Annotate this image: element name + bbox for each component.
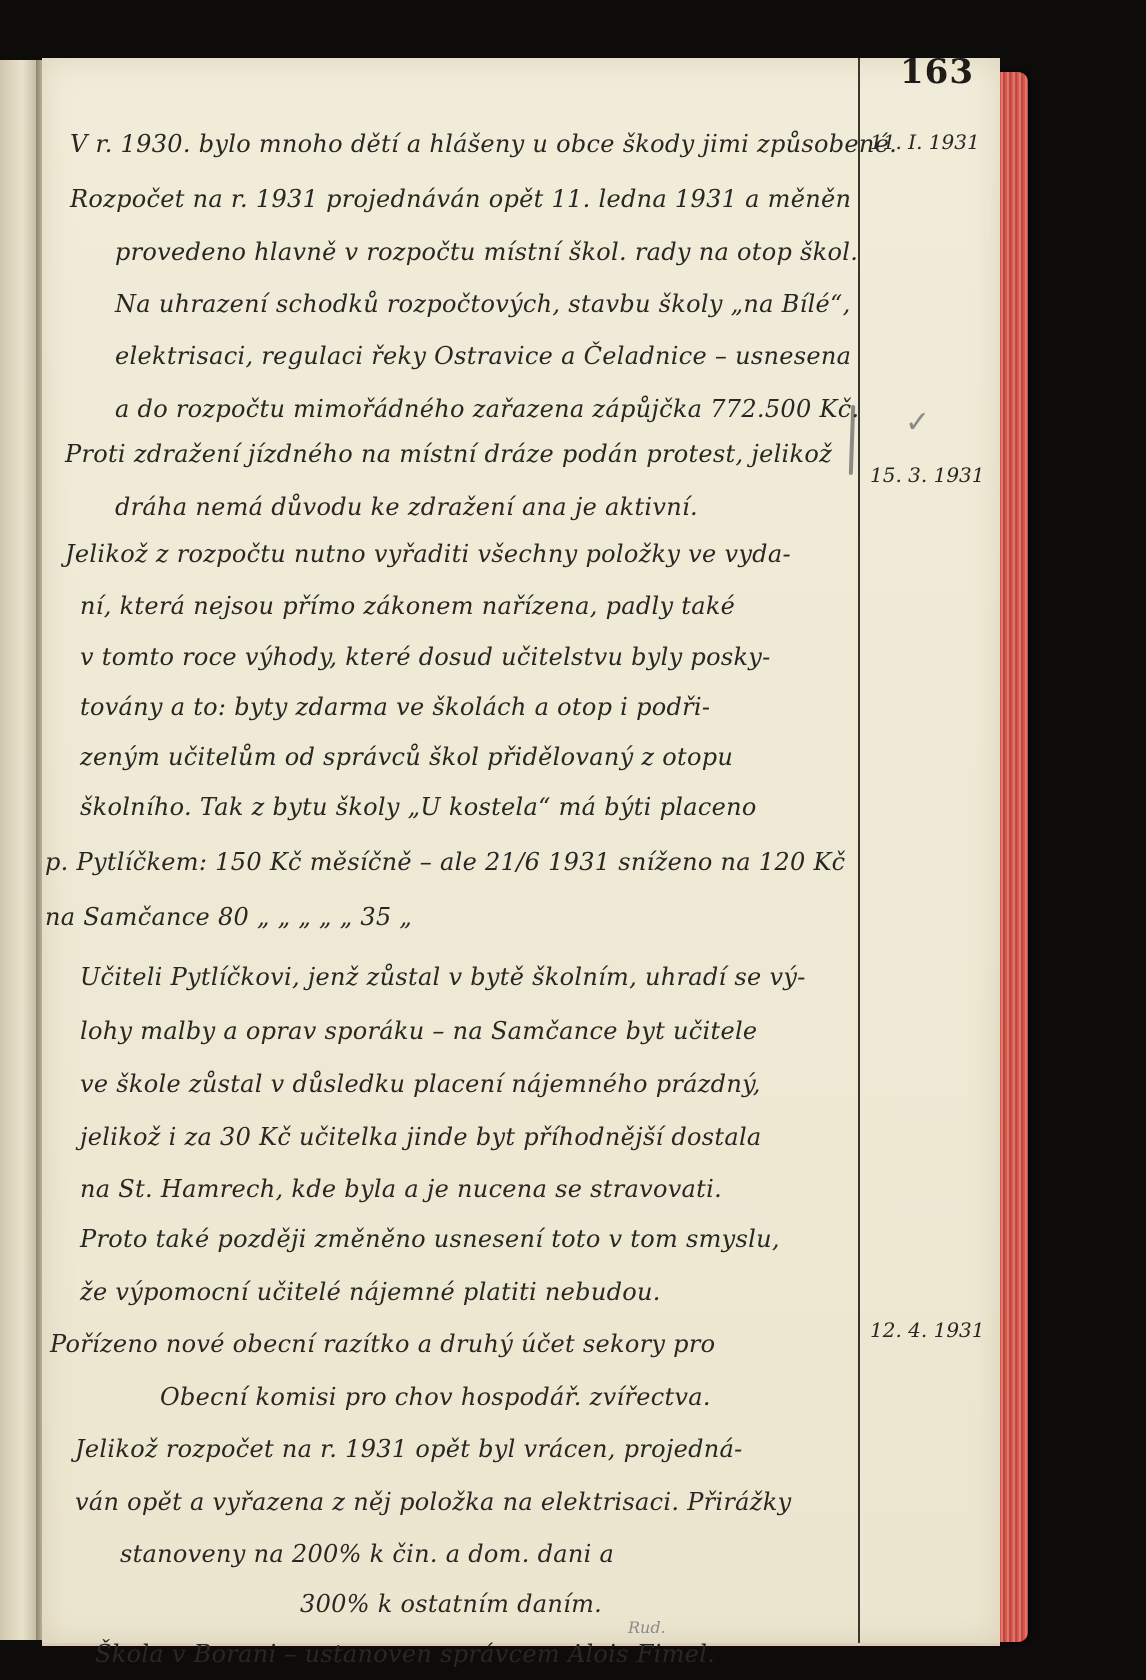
text-line: továny a to: byty zdarma ve školách a ot… [80,693,710,721]
text-line: Obecní komisi pro chov hospodář. zvířect… [160,1383,711,1411]
text-line: jelikož i za 30 Kč učitelka jinde byt př… [80,1123,762,1151]
text-line: ván opět a vyřazena z něj položka na ele… [75,1488,791,1516]
page-number: 163 [900,52,974,92]
text-line: na Samčance 80 „ „ „ „ „ 35 „ [45,903,412,931]
text-line: Proto také později změněno usnesení toto… [80,1225,780,1253]
text-line: že výpomocní učitelé nájemné platiti neb… [80,1278,661,1306]
text-line: Jelikož z rozpočtu nutno vyřaditi všechn… [65,540,791,568]
pencil-annotation: Rud. [628,1618,666,1637]
text-line: ve škole zůstal v důsledku placení nájem… [80,1070,761,1098]
text-line: Učiteli Pytlíčkovi, jenž zůstal v bytě š… [80,963,806,991]
text-line: V r. 1930. bylo mnoho dětí a hlášeny u o… [70,130,897,158]
text-line: stanoveny na 200% k čin. a dom. dani a [120,1540,614,1568]
text-line: lohy malby a oprav sporáku – na Samčance… [80,1017,757,1045]
checkmark-icon: ✓ [905,405,930,440]
text-line: 300% k ostatním daním. [300,1590,602,1618]
text-line: a do rozpočtu mimořádného zařazena zápůj… [115,395,859,423]
margin-rule [858,58,860,1643]
book-page-edges [1000,72,1028,1642]
text-line: Rozpočet na r. 1931 projednáván opět 11.… [70,185,851,213]
text-line: v tomto roce výhody, které dosud učitels… [80,643,771,671]
text-line: provedeno hlavně v rozpočtu místní škol.… [115,238,858,266]
text-line: Pořízeno nové obecní razítko a druhý úče… [50,1330,715,1358]
text-line: Na uhrazení schodků rozpočtových, stavbu… [115,290,851,318]
text-line: zeným učitelům od správců škol přidělova… [80,743,733,771]
text-line: Škola v Borani – ustanoven správcem Aloi… [95,1640,715,1668]
text-line: dráha nemá důvodu ke zdražení ana je akt… [115,493,698,521]
margin-date: 12. 4. 1931 [870,1318,985,1342]
text-line: na St. Hamrech, kde byla a je nucena se … [80,1175,722,1203]
text-line: Proti zdražení jízdného na místní dráze … [65,440,832,468]
text-line: školního. Tak z bytu školy „U kostela“ m… [80,793,757,821]
text-line: p. Pytlíčkem: 150 Kč měsíčně – ale 21/6 … [45,848,845,876]
text-line: elektrisaci, regulaci řeky Ostravice a Č… [115,342,851,370]
text-line: ní, která nejsou přímo zákonem nařízena,… [80,592,735,620]
margin-date: 15. 3. 1931 [870,463,985,487]
text-line: Jelikož rozpočet na r. 1931 opět byl vrá… [75,1435,743,1463]
